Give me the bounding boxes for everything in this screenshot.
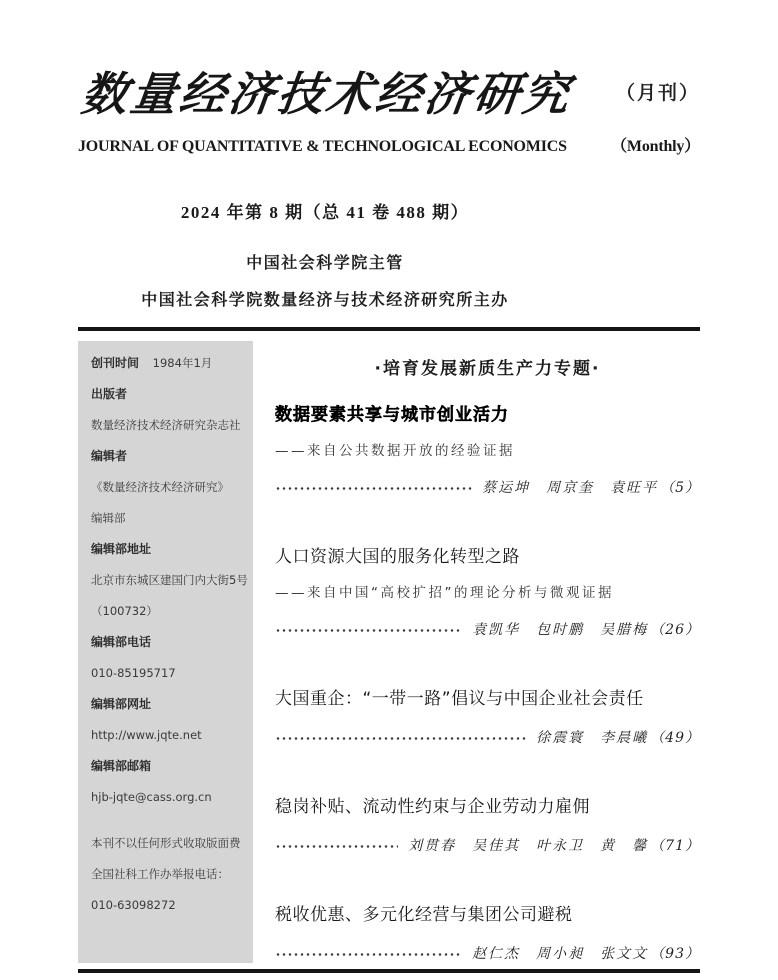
dot-leader xyxy=(275,737,526,740)
article-authors: 蔡运坤 周京奎 袁旺平 xyxy=(482,478,658,498)
sidebar-note-report-line: 全国社科工作办举报电话： xyxy=(91,868,253,880)
article-page-number: （5） xyxy=(660,478,700,498)
sidebar-field-label-email: 编辑部邮箱 xyxy=(91,760,253,772)
article-title: 数据要素共享与城市创业活力 xyxy=(275,405,700,425)
toc-article-5: 税收优惠、多元化经营与集团公司避税 赵仁杰 周小昶 张文文 （93） xyxy=(275,905,700,964)
article-page-number: （49） xyxy=(650,728,700,748)
sidebar-notes: 本刊不以任何形式收取版面费 全国社科工作办举报电话： 010-63098272 xyxy=(91,837,253,911)
article-authors: 刘贯春 吴佳其 叶永卫 黄 馨 xyxy=(408,836,648,856)
article-authors-line: 徐震寰 李晨曦 （49） xyxy=(275,728,700,748)
article-authors-line: 蔡运坤 周京奎 袁旺平 （5） xyxy=(275,478,700,498)
dot-leader xyxy=(275,629,462,632)
sidebar-field-founding-date: 创刊时间 1984年1月 xyxy=(91,357,253,369)
journal-title-en: JOURNAL OF QUANTITATIVE & TECHNOLOGICAL … xyxy=(78,138,567,156)
toc-article-1: 数据要素共享与城市创业活力 ——来自公共数据开放的经验证据 蔡运坤 周京奎 袁旺… xyxy=(275,405,700,498)
toc-article-list: 数据要素共享与城市创业活力 ——来自公共数据开放的经验证据 蔡运坤 周京奎 袁旺… xyxy=(275,405,700,964)
issue-line: 2024 年第 8 期（总 41 卷 488 期） xyxy=(78,198,572,223)
article-authors: 赵仁杰 周小昶 张文文 xyxy=(472,944,648,964)
dot-leader xyxy=(275,845,398,848)
sidebar-field-label-editor: 编辑者 xyxy=(91,450,253,462)
journal-info-sidebar: 创刊时间 1984年1月 出版者 数量经济技术经济研究杂志社 编辑者 《数量经济… xyxy=(78,341,253,963)
sidebar-field-value-address-2: （100732） xyxy=(91,605,253,617)
title-row: 数量经济技术经济研究 （月刊） xyxy=(78,58,700,124)
journal-title-cn: 数量经济技术经济研究 xyxy=(78,58,576,124)
article-authors: 袁凯华 包时鹏 吴腊梅 xyxy=(472,620,648,640)
article-page-number: （93） xyxy=(650,944,700,964)
article-title: 大国重企：“一带一路”倡议与中国企业社会责任 xyxy=(275,689,700,709)
sidebar-field-value-phone: 010-85195717 xyxy=(91,667,253,679)
main-area: 创刊时间 1984年1月 出版者 数量经济技术经济研究杂志社 编辑者 《数量经济… xyxy=(78,341,700,963)
article-page-number: （26） xyxy=(650,620,700,640)
sidebar-field-value-website: http://www.jqte.net xyxy=(91,729,253,741)
sidebar-field-value-email: hjb-jqte@cass.org.cn xyxy=(91,791,253,803)
dot-leader xyxy=(275,953,462,956)
toc-section-header: ·培育发展新质生产力专题· xyxy=(275,358,700,380)
sidebar-field-value-editor-2: 编辑部 xyxy=(91,512,253,524)
supervisor-line: 中国社会科学院主管 xyxy=(78,250,572,273)
issue-info-block: 2024 年第 8 期（总 41 卷 488 期） 中国社会科学院主管 中国社会… xyxy=(78,198,572,310)
divider-top xyxy=(78,327,700,331)
monthly-label-en: （Monthly） xyxy=(611,133,700,156)
masthead: 数量经济技术经济研究 （月刊） JOURNAL OF QUANTITATIVE … xyxy=(78,58,700,310)
divider-bottom xyxy=(78,969,700,973)
journal-title-en-row: JOURNAL OF QUANTITATIVE & TECHNOLOGICAL … xyxy=(78,133,700,156)
dot-leader xyxy=(275,487,472,490)
sidebar-field-value-editor-1: 《数量经济技术经济研究》 xyxy=(91,481,253,493)
sidebar-field-value-publisher: 数量经济技术经济研究杂志社 xyxy=(91,419,253,431)
sidebar-note-report-phone: 010-63098272 xyxy=(91,899,253,911)
article-subtitle: ——来自中国“高校扩招”的理论分析与微观证据 xyxy=(275,583,700,603)
article-subtitle: ——来自公共数据开放的经验证据 xyxy=(275,441,700,461)
monthly-label-cn: （月刊） xyxy=(616,78,700,105)
sidebar-note-no-fee: 本刊不以任何形式收取版面费 xyxy=(91,837,253,849)
sidebar-field-label-publisher: 出版者 xyxy=(91,388,253,400)
article-authors: 徐震寰 李晨曦 xyxy=(536,728,648,748)
article-page-number: （71） xyxy=(650,836,700,856)
journal-cover-page: 数量经济技术经济研究 （月刊） JOURNAL OF QUANTITATIVE … xyxy=(0,0,778,980)
article-authors-line: 赵仁杰 周小昶 张文文 （93） xyxy=(275,944,700,964)
article-title: 稳岗补贴、流动性约束与企业劳动力雇佣 xyxy=(275,797,700,817)
toc-article-2: 人口资源大国的服务化转型之路 ——来自中国“高校扩招”的理论分析与微观证据 袁凯… xyxy=(275,547,700,640)
sidebar-field-value-address-1: 北京市东城区建国门内大街5号 xyxy=(91,574,253,586)
article-authors-line: 袁凯华 包时鹏 吴腊梅 （26） xyxy=(275,620,700,640)
sidebar-field-value: 1984年1月 xyxy=(153,356,213,370)
toc-article-4: 稳岗补贴、流动性约束与企业劳动力雇佣 刘贯春 吴佳其 叶永卫 黄 馨 （71） xyxy=(275,797,700,856)
toc-article-3: 大国重企：“一带一路”倡议与中国企业社会责任 徐震寰 李晨曦 （49） xyxy=(275,689,700,748)
table-of-contents: ·培育发展新质生产力专题· 数据要素共享与城市创业活力 ——来自公共数据开放的经… xyxy=(253,341,700,963)
sidebar-field-label-phone: 编辑部电话 xyxy=(91,636,253,648)
sidebar-field-label-address: 编辑部地址 xyxy=(91,543,253,555)
article-title: 人口资源大国的服务化转型之路 xyxy=(275,547,700,567)
article-title: 税收优惠、多元化经营与集团公司避税 xyxy=(275,905,700,925)
sidebar-field-label-website: 编辑部网址 xyxy=(91,698,253,710)
article-authors-line: 刘贯春 吴佳其 叶永卫 黄 馨 （71） xyxy=(275,836,700,856)
organizer-line: 中国社会科学院数量经济与技术经济研究所主办 xyxy=(78,287,572,310)
sidebar-field-label: 创刊时间 xyxy=(91,356,139,370)
